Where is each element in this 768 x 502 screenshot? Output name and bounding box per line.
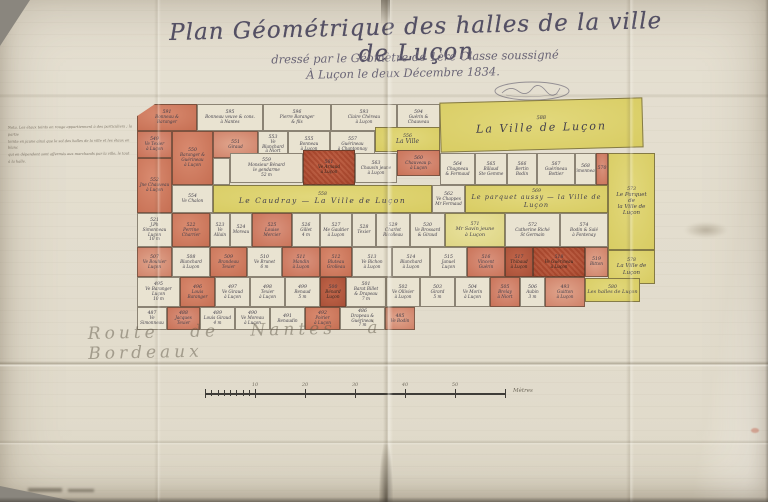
parcel-owner-label: Luçon bbox=[442, 265, 455, 270]
parcel-cell: 522PerrineCharrier bbox=[172, 213, 210, 247]
parcel-owner-label: Mercier bbox=[264, 233, 281, 238]
parcel-owner-label: Luçon bbox=[326, 295, 339, 300]
parcel-owner-label: 6 m bbox=[261, 265, 269, 270]
parcel-owner-label: Ricolleau bbox=[383, 233, 403, 238]
parcel-cell: 549Ve Texierà Luçon bbox=[137, 131, 172, 158]
parcel-owner-label: Charrier bbox=[182, 233, 200, 238]
parcel-owner-label: à Luçon bbox=[557, 295, 574, 300]
parcel-plan: 591Bonneau &Baranger595Bonneau veuve & c… bbox=[0, 0, 768, 502]
parcel-owner-label: 3 m bbox=[529, 295, 537, 300]
parcel-owner-label: à Luçon bbox=[321, 170, 338, 175]
parcel-owner-label: Luçon bbox=[148, 265, 161, 270]
parcel-cell: 517Thibaudà Luçon bbox=[505, 247, 533, 277]
parcel-cell: 552Jne Chauveauà Luçon bbox=[137, 158, 172, 213]
parcel-owner-label: Bodin bbox=[516, 172, 528, 177]
parcel-owner-label: à Luçon bbox=[146, 188, 163, 193]
parcel-owner-label: Ve Chalon bbox=[182, 199, 203, 204]
parcel-owner-label: La Ville bbox=[396, 139, 419, 146]
parcel-owner-label: Giraud bbox=[228, 145, 243, 150]
parcel-owner-label: à Luçon bbox=[395, 295, 412, 300]
parcel-owner-label: à Fontenay bbox=[572, 233, 595, 238]
parcel-owner-label: Ste Gemme bbox=[479, 172, 504, 177]
parcel-cell: 563Chauvin jeuneà Luçon bbox=[355, 153, 397, 183]
parcel-cell: 518Ve Guérineauà Luçon bbox=[533, 247, 585, 277]
parcel-cell: 496LouisBaranger bbox=[180, 277, 215, 307]
parcel-owner-label: Texier bbox=[222, 265, 235, 270]
parcel-owner-label: la Ville de Luçon bbox=[609, 204, 654, 216]
paper-sheet: Plan Géométrique des halles de la ville … bbox=[0, 0, 768, 502]
parcel-cell: 525LouiseMercier bbox=[252, 213, 292, 247]
parcel-cell: 574Bodin & Saléà Fontenay bbox=[560, 213, 608, 247]
parcel-cell: 504Ve Morinà Luçon bbox=[455, 277, 490, 307]
parcel-owner-label: 7 m bbox=[362, 297, 370, 302]
parcel-cell: 568Simonneau bbox=[575, 153, 596, 185]
parcel-cell: 513Ve Bichonà Luçon bbox=[352, 247, 392, 277]
parcel-cell: 562Ve ChappesMr Fermaud bbox=[432, 185, 465, 213]
parcel-owner-label: Texier bbox=[357, 230, 370, 235]
parcel-cell: 527Me Gaultierà Luçon bbox=[320, 213, 352, 247]
parcel-cell: 523VeAllain bbox=[210, 213, 230, 247]
ink-smudge-stain bbox=[684, 222, 728, 238]
parcel-owner-label: Le parquet aussy — la Ville de Luçon bbox=[466, 194, 607, 209]
parcel-owner-label: Allain bbox=[214, 233, 226, 238]
parcel-cell: 559Monsieur Bénardle gendarme52 m bbox=[230, 153, 303, 183]
parcel-cell: 502Ve Ollivierà Luçon bbox=[386, 277, 420, 307]
parcel-cell: 509BrandeauTexier bbox=[210, 247, 247, 277]
parcel-owner-label: à Luçon bbox=[183, 265, 200, 270]
parcel-cell: 558Le Caudray — La Ville de Luçon bbox=[213, 185, 432, 213]
parcel-owner-label: 5 m bbox=[299, 295, 307, 300]
parcel-owner-label: à Luçon bbox=[410, 166, 427, 171]
parcel-cell: 510Ve Brunet6 m bbox=[247, 247, 282, 277]
paper-tear-top-center bbox=[381, 0, 390, 26]
parcel-cell: 498Texierà Luçon bbox=[250, 277, 285, 307]
parcel-cell: 508Blanchardà Luçon bbox=[172, 247, 210, 277]
parcel-owner-label: à Luçon bbox=[356, 120, 373, 125]
parcel-owner-label: à Luçon bbox=[259, 295, 276, 300]
parcel-cell: 569Le parquet aussy — la Ville de Luçon bbox=[465, 185, 608, 213]
parcel-cell: 572Catherine RichéSt Germain bbox=[505, 213, 560, 247]
parcel-owner-label: à Luçon bbox=[464, 295, 481, 300]
parcel-owner-label: à Luçon bbox=[328, 233, 345, 238]
parcel-cell: 554Ve Chalon bbox=[172, 185, 213, 213]
parcel-cell: 565BillaudSte Gemme bbox=[475, 153, 507, 185]
parcel-cell: 519Bitton bbox=[585, 247, 608, 277]
parcel-cell: 507Ve BouhierLuçon bbox=[137, 247, 172, 277]
parcel-cell: 591Bonneau &Baranger bbox=[137, 104, 197, 131]
parcel-cell: 514Blanchardà Luçon bbox=[392, 247, 430, 277]
parcel-owner-label: 52 m bbox=[261, 173, 272, 178]
parcel-owner-label: Baranger bbox=[188, 295, 208, 300]
parcel-cell: 596Pierre Baranger& fils bbox=[263, 104, 331, 131]
parcel-cell: 506Aubin3 m bbox=[520, 277, 545, 307]
parcel-cell: 564Chagneau& Fermaud bbox=[440, 153, 475, 185]
parcel-cell: 556La Ville bbox=[375, 127, 440, 152]
red-mark bbox=[751, 428, 759, 433]
parcel-cell: 503Girard5 m bbox=[420, 277, 455, 307]
parcel-owner-label: & Giraud bbox=[418, 233, 438, 238]
parcel-owner-label: à Luçon bbox=[364, 265, 381, 270]
parcel-cell: 501Barat Billet& Drapeau7 m bbox=[346, 277, 386, 307]
parcel-owner-label: Baranger bbox=[157, 120, 177, 125]
parcel-owner-label: & Fermaud bbox=[445, 172, 469, 177]
parcel-owner-label: à Luçon bbox=[184, 163, 201, 168]
paper-split-bottom-center bbox=[379, 443, 393, 502]
parcel-owner-label: Bitton bbox=[590, 262, 603, 267]
parcel-owner-label: à Luçon bbox=[551, 265, 568, 270]
parcel-cell: 561Ve Arnaudà Luçon bbox=[303, 150, 355, 185]
parcel-cell: 566BertinBodin bbox=[507, 153, 537, 185]
parcel-cell: 573Le Parquetdela Ville de Luçon bbox=[608, 153, 655, 250]
parcel-owner-label: à Niort bbox=[497, 295, 512, 300]
parcel-owner-label: Mr Fermaud bbox=[435, 202, 462, 207]
parcel-owner-label: 5 m bbox=[434, 295, 442, 300]
parcel-owner-label: à Luçon bbox=[511, 265, 528, 270]
parcel-owner-label: 10 m bbox=[149, 237, 160, 242]
parcel-owner-label: & fils bbox=[291, 120, 302, 125]
parcel-cell: 530Ve Brossard& Giraud bbox=[410, 213, 445, 247]
parcel-cell: 571Mr Savin jeuneà Luçon bbox=[445, 213, 505, 247]
parcel-owner-label: Guérin bbox=[479, 265, 494, 270]
parcel-owner-label: à Luçon bbox=[368, 171, 385, 176]
parcel-cell: 550Baranger &Guérineauà Luçon bbox=[172, 131, 213, 185]
parcel-owner-label: à Luçon bbox=[403, 265, 420, 270]
parcel-owner-label: Les halles de Luçon bbox=[587, 290, 637, 296]
parcel-owner-label: Chauveau bbox=[408, 120, 429, 125]
parcel-owner-label: Simonneau bbox=[575, 169, 596, 174]
paper-edge-shadow-bottom bbox=[0, 497, 768, 502]
parcel-cell: 512BluteauGrolleau bbox=[320, 247, 352, 277]
parcel-owner-label: Grolleau bbox=[327, 265, 345, 270]
parcel-owner-label: 4 m bbox=[302, 233, 310, 238]
parcel-cell: 521J.Ph SimonneauLuçon10 m bbox=[137, 213, 172, 247]
parcel-cell: 493Guittonà Luçon bbox=[545, 277, 585, 307]
parcel-owner-label: La Ville de Luçon bbox=[476, 120, 607, 136]
parcel-owner-label: 10 m bbox=[153, 297, 164, 302]
parcel-owner-label: Le Caudray — La Ville de Luçon bbox=[239, 197, 406, 205]
parcel-cell: 526Gillet4 m bbox=[292, 213, 320, 247]
parcel-cell: 588La Ville de Luçon bbox=[439, 97, 643, 152]
road-label: Route de Nantes à Bordeaux bbox=[88, 316, 473, 364]
parcel-owner-label: à Luçon bbox=[146, 147, 163, 152]
parcel-owner-label: à Luçon bbox=[224, 295, 241, 300]
parcel-cell: 595Bonneau veuve & cons.à Nantes bbox=[197, 104, 263, 131]
parcel-number: 570 bbox=[598, 166, 607, 171]
parcel-cell: 567GuérineauBottier bbox=[537, 153, 575, 185]
parcel-cell: 529CharlotRicolleau bbox=[376, 213, 410, 247]
parcel-cell: 560Chauveau p.à Luçon bbox=[397, 150, 440, 176]
parcel-cell: 497Ve Giraudà Luçon bbox=[215, 277, 250, 307]
parcel-cell: 580Les halles de Luçon bbox=[585, 278, 640, 302]
parcel-owner-label: Moreau bbox=[233, 230, 249, 235]
parcel-owner-label: St Germain bbox=[520, 233, 544, 238]
parcel-cell: 524Moreau bbox=[230, 213, 252, 247]
parcel-owner-label: à Luçon bbox=[293, 265, 310, 270]
parcel-cell: 499Renaud5 m bbox=[285, 277, 320, 307]
parcel-cell: 570 bbox=[596, 153, 608, 185]
parcel-owner-label: à Nantes bbox=[221, 120, 240, 125]
archive-mark-smudge bbox=[28, 488, 62, 492]
parcel-cell: 500BénardLuçon bbox=[320, 277, 346, 307]
parcel-owner-label: Luçon bbox=[623, 270, 640, 276]
parcel-cell bbox=[213, 158, 230, 185]
parcel-cell: 505Brelayà Niort bbox=[490, 277, 520, 307]
parcel-cell: 511Mandinà Luçon bbox=[282, 247, 320, 277]
scanned-plan-page: Plan Géométrique des halles de la ville … bbox=[0, 0, 768, 502]
parcel-owner-label: Bottier bbox=[549, 172, 564, 177]
archive-mark-smudge bbox=[68, 489, 94, 492]
parcel-owner-label: à Luçon bbox=[465, 233, 485, 239]
parcel-cell: 515JanuelLuçon bbox=[430, 247, 467, 277]
parcel-cell: 528Texier bbox=[352, 213, 376, 247]
parcel-cell: 516VincentGuérin bbox=[467, 247, 505, 277]
parcel-cell: 495Ve BarangerLuçon10 m bbox=[137, 277, 180, 307]
